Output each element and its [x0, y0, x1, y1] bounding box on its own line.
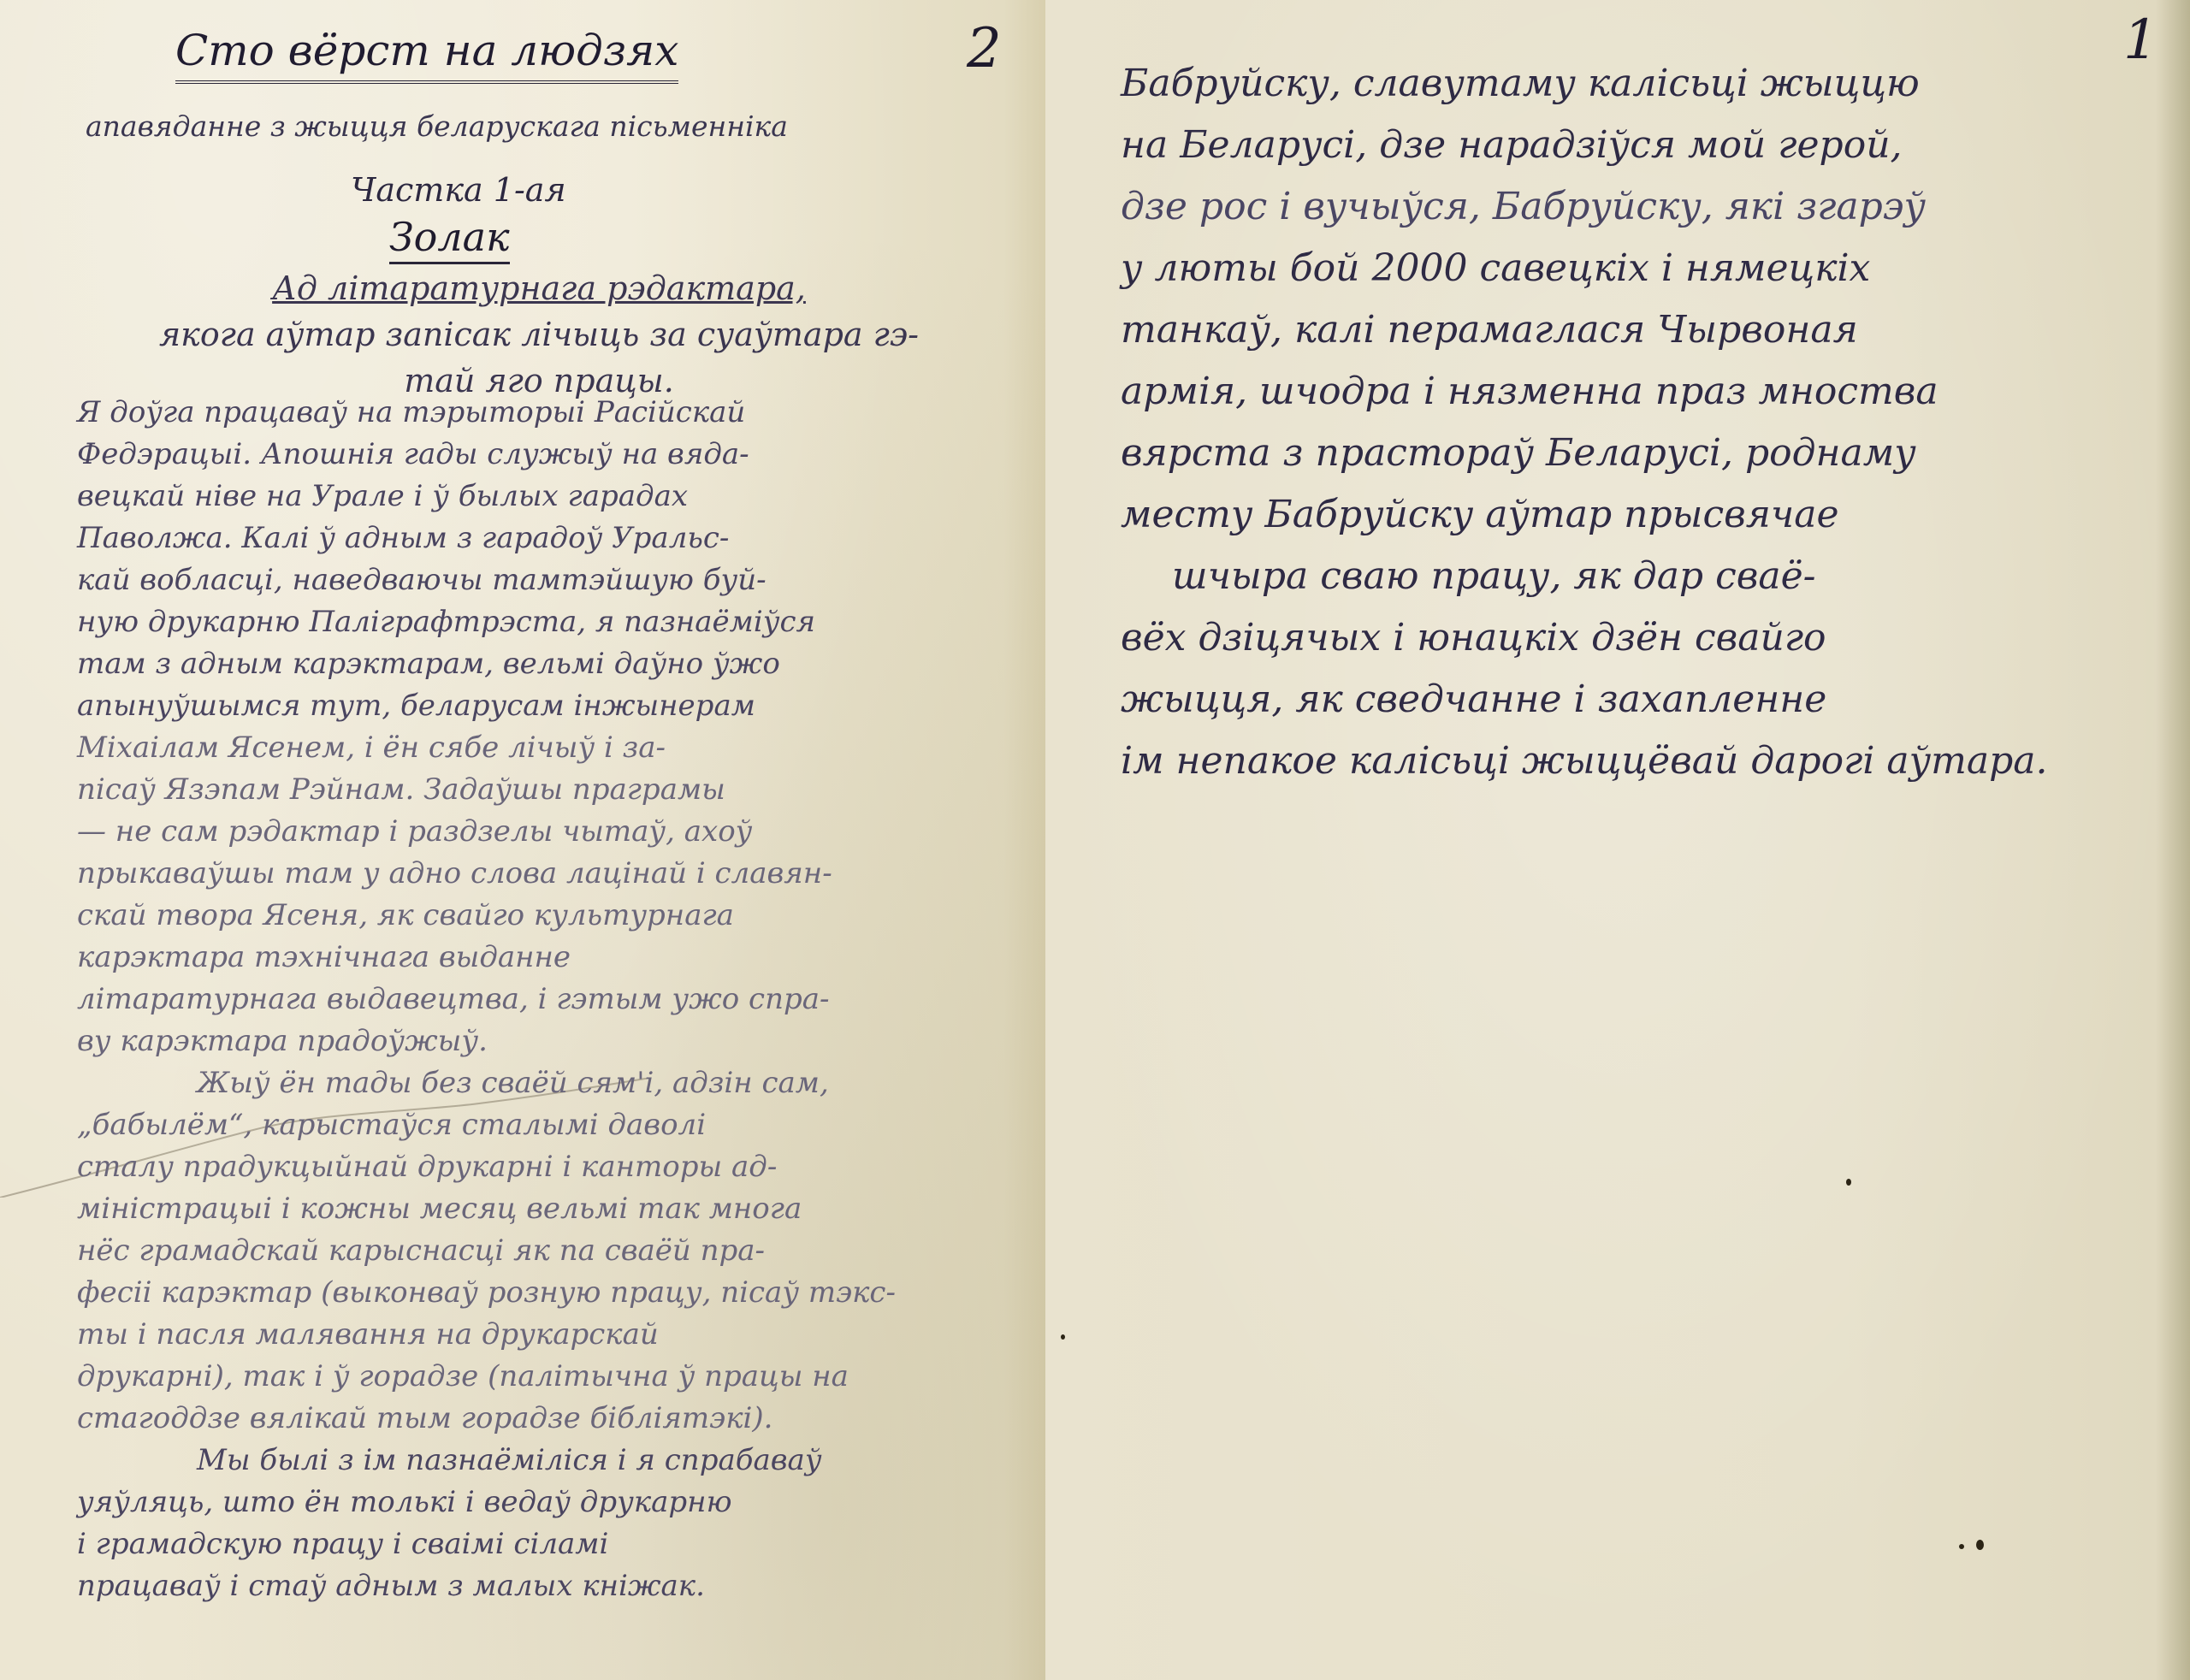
text-line: месту Бабруйску аўтар прысвячае	[1121, 484, 2181, 546]
text-line: Жыў ён тады без сваёй сям'і, адзін сам,	[197, 1066, 829, 1100]
text-line: вярста з прастораў Беларусі, роднаму	[1121, 423, 2181, 484]
text-line: шчыра сваю працу, як дар сваё-	[1121, 546, 2181, 607]
part-heading: Частка 1-ая	[351, 171, 566, 209]
text-line: апынуўшымся тут, беларусам інжынерам	[77, 689, 755, 723]
dedication-block: Ад літаратурнага рэдактара, якога аўтар …	[68, 265, 1009, 404]
text-line: — не сам рэдактар і раздзелы чытаў, ахоў	[77, 814, 752, 849]
text-line: Міхаілам Ясенем, і ён сябе лічыў і за-	[77, 731, 666, 765]
dedication-line: якога аўтар запісак лічыць за суаўтара г…	[68, 311, 1009, 358]
text-line: фесіі карэктар (выконваў розную працу, п…	[77, 1275, 896, 1310]
manuscript-title: Сто вёрст на людзях	[175, 26, 678, 84]
text-line: вецкай ніве на Урале і ў былых гарадах	[77, 479, 688, 513]
paragraph: Мы былі з ім пазнаёміліся і я спрабаваў …	[77, 1440, 1035, 1607]
page-number: 2	[967, 17, 1002, 80]
text-line: кай вобласці, наведваючы тамтэйшую буй-	[77, 563, 766, 597]
text-line: нёс грамадскай карыснасці як па сваёй пр…	[77, 1233, 765, 1268]
text-line: сталу прадукцыйнай друкарні і канторы ад…	[77, 1150, 777, 1184]
text-line: стагоддзе вялікай тым горадзе бібліятэкі…	[77, 1401, 772, 1435]
text-line: там з адным карэктарам, вельмі даўно ўжо	[77, 647, 780, 681]
text-line: працаваў і стаў адным з малых кніжак.	[77, 1569, 705, 1603]
text-line: карэктара тэхнічнага выданне	[77, 940, 571, 974]
chapter-heading: Золак	[389, 214, 510, 264]
text-line: Паволжа. Калі ў адным з гарадоў Уральс-	[77, 521, 729, 555]
dedication-line: Ад літаратурнага рэдактара,	[68, 265, 1009, 311]
text-line: у люты бой 2000 савецкіх і нямецкіх	[1121, 238, 2181, 299]
left-manuscript-page: 2 Сто вёрст на людзях апавяданне з жыцця…	[0, 0, 1045, 1680]
text-line: Бабруйску, славутаму калісьці жыццю	[1121, 53, 2181, 115]
text-line: танкаў, калі перамаглася Чырвоная	[1121, 299, 2181, 361]
text-line: „бабылём“, карыстаўся сталымі даволі	[77, 1108, 706, 1142]
text-line: прыкаваўшы там у адно слова лацінай і сл…	[77, 856, 832, 890]
text-line: ную друкарню Паліграфтрэста, я пазнаёміў…	[77, 605, 815, 639]
ink-speck	[1846, 1179, 1851, 1186]
text-line: міністрацыі і кожны месяц вельмі так мно…	[77, 1192, 802, 1226]
text-line: скай твора Ясеня, як свайго культурнага	[77, 898, 734, 932]
text-line: уяўляць, што ён толькі і ведаў друкарню	[77, 1485, 732, 1519]
text-line: Я доўга працаваў на тэрыторыі Расійскай	[77, 395, 745, 429]
text-line: друкарні), так і ў горадзе (палітычна ў …	[77, 1359, 849, 1393]
paragraph: Жыў ён тады без сваёй сям'і, адзін сам, …	[77, 1062, 1035, 1440]
text-line: вёх дзіцячых і юнацкіх дзён свайго	[1121, 607, 2181, 669]
text-line: дзе рос і вучыўся, Бабруйску, які згарэў	[1121, 176, 2181, 238]
text-line: Федэрацыі. Апошнія гады служыў на вяда-	[77, 437, 749, 471]
text-line: армія, шчодра і нязменна праз мноства	[1121, 361, 2181, 423]
paragraph: Я доўга працаваў на тэрыторыі Расійскай …	[77, 392, 1035, 1062]
ink-speck	[1959, 1544, 1964, 1549]
text-line: ву карэктара прадоўжыў.	[77, 1024, 488, 1058]
text-line: жыцця, як сведчанне і захапленне	[1121, 669, 2181, 731]
text-line: на Беларусі, дзе нарадзіўся мой герой,	[1121, 115, 2181, 176]
left-body-text: Я доўга працаваў на тэрыторыі Расійскай …	[77, 392, 1035, 1607]
right-body-text: Бабруйску, славутаму калісьці жыццю на Б…	[1121, 53, 2181, 792]
text-line: ім непакое калісьці жыццёвай дарогі аўта…	[1121, 731, 2181, 792]
text-line: літаратурнага выдавецтва, і гэтым ужо сп…	[77, 982, 830, 1016]
ink-speck	[1976, 1540, 1984, 1550]
manuscript-subtitle: апавяданне з жыцця беларускага пісьменні…	[86, 109, 1027, 143]
text-line: і грамадскую працу і сваімі сіламі	[77, 1527, 608, 1561]
text-line: ты і пасля малявання на друкарскай	[77, 1317, 659, 1352]
ink-speck	[1061, 1334, 1065, 1340]
text-line: Мы былі з ім пазнаёміліся і я спрабаваў	[197, 1443, 822, 1477]
text-line: пісаў Язэпам Рэйнам. Задаўшы праграмы	[77, 772, 725, 807]
